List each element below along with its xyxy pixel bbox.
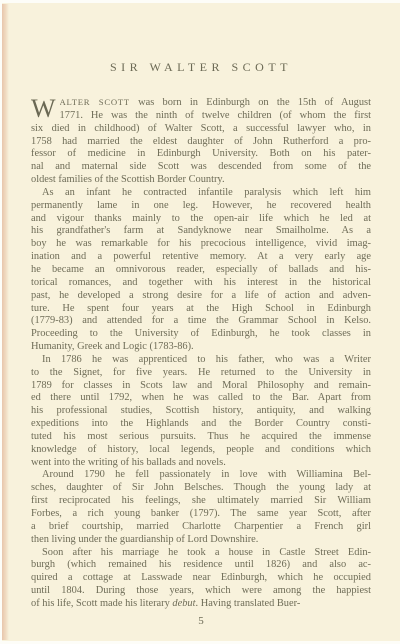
text-line: he became an omnivorous reader, especial… <box>31 264 371 277</box>
scanned-book-page: SIR WALTER SCOTT WALTER SCOTT was born i… <box>0 0 400 644</box>
drop-cap: W <box>31 97 56 122</box>
text-line: 1789 for classes in Scots law and Moral … <box>31 380 371 393</box>
text-line: Around 1790 he fell passionately in love… <box>31 469 371 482</box>
text-line: and vigour thanks mainly to the open-air… <box>31 213 371 226</box>
paragraph: Around 1790 he fell passionately in love… <box>31 469 371 546</box>
text-line: Humanity, Greek and Logic (1783-86). <box>31 341 371 354</box>
text-line: (1779-83) and attended for a time the Gr… <box>31 315 371 328</box>
text-line: knowledge of history, local legends, peo… <box>31 444 371 457</box>
text-segment: of his life, Scott made his literary <box>31 598 172 609</box>
text-line: ture. He spent four years at the High Sc… <box>31 303 371 316</box>
text-line: ination and a powerful retentive memory.… <box>31 251 371 264</box>
text-line: expeditions into the Highlands and the B… <box>31 418 371 431</box>
page-title: SIR WALTER SCOTT <box>31 3 371 74</box>
text-line: ed there until 1792, when he was called … <box>31 392 371 405</box>
text-line: first reciprocated his feelings, she ult… <box>31 495 371 508</box>
text-line: boy he was remarkable for his precocious… <box>31 238 371 251</box>
text-line: sches, daughter of Sir John Belsches. Th… <box>31 482 371 495</box>
text-line: In 1786 he was apprenticed to his father… <box>31 354 371 367</box>
text-segment: was born in Edinburgh on the 15th of Aug… <box>130 97 371 108</box>
page-number: 5 <box>31 615 371 627</box>
text-line: six died in childhood) of Walter Scott, … <box>31 123 371 136</box>
smallcaps-text: ALTER SCOTT <box>60 97 130 107</box>
text-line: nal and maternal side Scott was descende… <box>31 161 371 174</box>
text-line: until 1804. During those years, which we… <box>31 585 371 598</box>
text-segment: . Having translated Buer- <box>196 598 301 609</box>
text-line: went into the writing of his ballads and… <box>31 457 371 470</box>
text-line: permanently lame in one leg. However, he… <box>31 200 371 213</box>
paragraph: Soon after his marriage he took a house … <box>31 547 371 611</box>
text-line: Proceeding to the University of Edinburg… <box>31 328 371 341</box>
text-line: 1758 had married the eldest daughter of … <box>31 136 371 149</box>
text-line: quired a cottage at Lasswade near Edinbu… <box>31 572 371 585</box>
body-text: WALTER SCOTT was born in Edinburgh on th… <box>31 96 371 611</box>
text-line: his grandfather's farm at Sandyknowe nea… <box>31 225 371 238</box>
text-line: oldest families of the Scottish Border C… <box>31 174 371 187</box>
text-line: his professional studies, Scottish histo… <box>31 405 371 418</box>
text-line: torical romances, and together with his … <box>31 277 371 290</box>
text-line: past, he developed a strong desire for a… <box>31 290 371 303</box>
text-line: of his life, Scott made his literary deb… <box>31 598 371 611</box>
text-line: ALTER SCOTT was born in Edinburgh on the… <box>60 96 371 110</box>
text-line: Forbes, a rich young banker (1797). The … <box>31 508 371 521</box>
paragraph: WALTER SCOTT was born in Edinburgh on th… <box>31 96 371 187</box>
book-page: SIR WALTER SCOTT WALTER SCOTT was born i… <box>2 3 400 641</box>
text-line: burgh (which remained his residence unti… <box>31 559 371 572</box>
text-line: 1771. He was the ninth of twelve childre… <box>60 110 371 123</box>
text-line: a brief courtship, married Charlotte Cha… <box>31 521 371 534</box>
text-line: tuted his most serious pursuits. Thus he… <box>31 431 371 444</box>
text-line: fessor of medicine in Edinburgh Universi… <box>31 148 371 161</box>
text-line: to the Signet, for five years. He return… <box>31 367 371 380</box>
text-line: then living under the guardianship of Lo… <box>31 534 371 547</box>
text-line: As an infant he contracted infantile par… <box>31 187 371 200</box>
paragraph: As an infant he contracted infantile par… <box>31 187 371 354</box>
paragraph: In 1786 he was apprenticed to his father… <box>31 354 371 470</box>
text-line: Soon after his marriage he took a house … <box>31 547 371 560</box>
italic-text: debut <box>172 598 195 609</box>
